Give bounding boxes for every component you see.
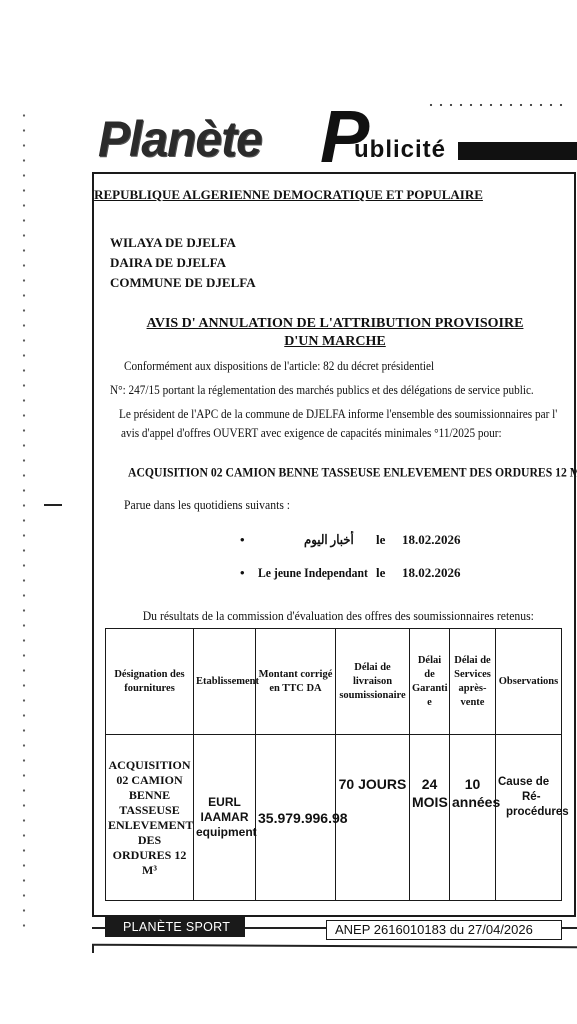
anep-reference: ANEP 2616010183 du 27/04/2026: [326, 920, 562, 940]
journal-le: le: [376, 532, 385, 548]
republic-title: REPUBLIQUE ALGERIENNE DEMOCRATIQUE ET PO…: [0, 187, 577, 203]
bullet-icon: •: [240, 532, 245, 548]
notice-title-line2: D'UN MARCHE: [100, 333, 570, 351]
section-label-sport: PLANÈTE SPORT: [105, 917, 245, 937]
acquisition-title: ACQUISITION 02 CAMION BENNE TASSEUSE ENL…: [128, 464, 577, 480]
table-header-row: Désignation des fournitures Etablissemen…: [106, 629, 562, 735]
paragraph-2: N°: 247/15 portant la réglementation des…: [110, 381, 534, 400]
obs-line1: Cause de: [498, 776, 549, 788]
cell-delai-garantie: 24 MOIS: [410, 735, 450, 901]
bottom-rule-tick: [92, 945, 94, 953]
table-row: ACQUISITION 02 CAMION BENNE TASSEUSE ENL…: [106, 735, 562, 901]
results-table: Désignation des fournitures Etablissemen…: [105, 628, 562, 901]
obs-line3: procédures: [498, 805, 559, 820]
daira-line: DAIRA DE DJELFA: [110, 253, 256, 273]
commune-line: COMMUNE DE DJELFA: [110, 273, 256, 293]
obs-line2: Ré-: [498, 790, 559, 805]
cell-observations: Cause de Ré- procédures: [496, 735, 562, 901]
paragraph-3: Le président de l'APC de la commune de D…: [119, 405, 557, 424]
paragraph-4: avis d'appel d'offres OUVERT avec exigen…: [121, 424, 502, 443]
scan-margin-dots: [22, 108, 26, 928]
col-designation: Désignation des fournitures: [106, 629, 194, 735]
masthead: Planète P ublicité: [96, 106, 577, 166]
acquisition-text: ACQUISITION 02 CAMION BENNE TASSEUSE ENL…: [128, 464, 577, 479]
cell-montant: 35.979.996.98: [256, 735, 336, 901]
masthead-bar: [458, 142, 577, 160]
col-delai-livraison: Délai de livraison soumissionaire: [336, 629, 410, 735]
col-delai-garantie: Délai de Garanti e: [410, 629, 450, 735]
journal-name: أخبار اليوم: [304, 532, 354, 548]
admin-block: WILAYA DE DJELFA DAIRA DE DJELFA COMMUNE…: [110, 233, 256, 293]
notice-title: AVIS D' ANNULATION DE L'ATTRIBUTION PROV…: [100, 315, 570, 351]
journal-name: Le jeune Independant: [258, 565, 368, 581]
masthead-publicite: ublicité: [354, 136, 446, 164]
col-montant: Montant corrigé en TTC DA: [256, 629, 336, 735]
masthead-planete: Planète: [98, 111, 262, 169]
cell-designation: ACQUISITION 02 CAMION BENNE TASSEUSE ENL…: [106, 735, 194, 901]
scan-artifact: [44, 504, 62, 506]
col-observations: Observations: [496, 629, 562, 735]
notice-title-line1: AVIS D' ANNULATION DE L'ATTRIBUTION PROV…: [100, 315, 570, 333]
journal-date: 18.02.2026: [402, 532, 461, 548]
journal-le: le: [376, 565, 385, 581]
col-delai-sav: Délai de Services après-vente: [450, 629, 496, 735]
masthead-dots: [426, 102, 566, 108]
results-intro: Du résultats de la commission d'évaluati…: [0, 608, 577, 624]
cell-etablissement: EURL IAAMAR equipment: [194, 735, 256, 901]
cell-delai-sav: 10 années: [450, 735, 496, 901]
parue-line: Parue dans les quotidiens suivants :: [124, 497, 290, 513]
bottom-rule: [92, 944, 577, 949]
bullet-icon: •: [240, 565, 245, 581]
journal-date: 18.02.2026: [402, 565, 461, 581]
paragraph-1: Conformément aux dispositions de l'artic…: [124, 357, 434, 376]
col-etablissement: Etablissement: [194, 629, 256, 735]
wilaya-line: WILAYA DE DJELFA: [110, 233, 256, 253]
results-intro-text: Du résultats de la commission d'évaluati…: [143, 608, 534, 624]
